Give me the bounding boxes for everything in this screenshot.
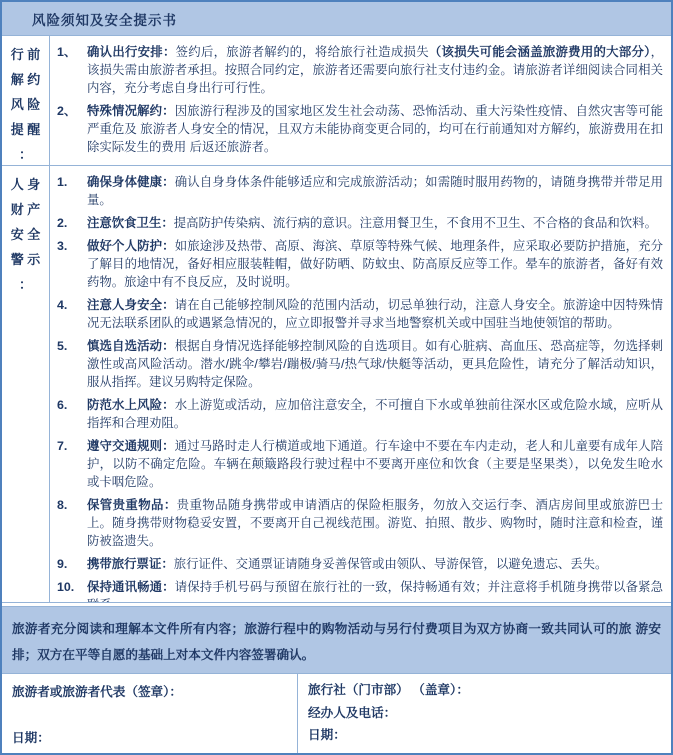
traveler-date-label: 日期： [12, 727, 287, 746]
notice-item: 10.保持通讯畅通：请保持手机号码与预留在旅行社的一致，保持畅通有效；并注意将手… [57, 579, 663, 602]
notice-item: 8.保管贵重物品：贵重物品随身携带或申请酒店的保险柜服务，勿放入交运行李、酒店房… [57, 497, 663, 551]
item-text: 携带旅行票证：旅行证件、交通票证请随身妥善保管或由领队、导游保管，以避免遗忘、丢… [87, 556, 663, 574]
item-number: 10. [57, 579, 87, 602]
item-heading: 注意人身安全： [87, 298, 175, 312]
item-heading: 做好个人防护： [87, 239, 175, 253]
item-text: 慎选自选活动：根据自身情况选择能够控制风险的自选项目。如有心脏病、高血压、恐高症… [87, 338, 663, 392]
item-text: 防范水上风险：水上游览或活动，应加倍注意安全，不可擅自下水或单独前往深水区或危险… [87, 397, 663, 433]
item-number: 1. [57, 174, 87, 210]
item-heading: 遵守交通规则： [87, 439, 175, 453]
item-number: 4. [57, 297, 87, 333]
notice-item: 9.携带旅行票证：旅行证件、交通票证请随身妥善保管或由领队、导游保管，以避免遗忘… [57, 556, 663, 574]
section-label-line: ： [2, 142, 49, 167]
item-segment: 签约后，旅游者解约的，将给旅行社造成损失 [176, 45, 429, 59]
item-number: 9. [57, 556, 87, 574]
item-number: 2、 [57, 103, 87, 157]
section-label: 行 前解 约风 险提 醒： [2, 36, 50, 165]
notice-item: 4.注意人身安全：请在自己能够控制风险的范围内活动，切忌单独行动，注意人身安全。… [57, 297, 663, 333]
item-number: 8. [57, 497, 87, 551]
item-text: 注意人身安全：请在自己能够控制风险的范围内活动，切忌单独行动，注意人身安全。旅游… [87, 297, 663, 333]
section-items: 1.确保身体健康：确认自身身体条件能够适应和完成旅游活动；如需随时服用药物的，请… [50, 166, 671, 602]
section-label-line: 行 前 [2, 42, 49, 67]
agency-signature-label: 旅行社（门市部） （盖章）： [308, 681, 661, 701]
item-number: 7. [57, 438, 87, 492]
item-heading: 保管贵重物品： [87, 498, 177, 512]
notice-item: 2、特殊情况解约：因旅游行程涉及的国家地区发生社会动荡、恐怖活动、重大污染性疫情… [57, 103, 663, 157]
section-personal-property-safety: 人 身财 产安 全警 示： 1.确保身体健康：确认自身身体条件能够适应和完成旅游… [2, 166, 671, 603]
notice-item: 2.注意饮食卫生：提高防护传染病、流行病的意识。注意用餐卫生，不食用不卫生、不合… [57, 215, 663, 233]
notice-item: 1、确认出行安排：签约后，旅游者解约的，将给旅行社造成损失（该损失可能会涵盖旅游… [57, 44, 663, 98]
item-heading: 注意饮食卫生： [87, 216, 174, 230]
section-label-line: 提 醒 [2, 117, 49, 142]
item-segment: 旅行证件、交通票证请随身妥善保管或由领队、导游保管，以避免遗忘、丢失。 [174, 557, 608, 571]
item-heading: 保持通讯畅通： [87, 580, 175, 594]
section-label-line: 安 全 [2, 222, 49, 247]
item-text: 特殊情况解约：因旅游行程涉及的国家地区发生社会动荡、恐怖活动、重大污染性疫情、自… [87, 103, 663, 157]
traveler-signature-cell: 旅游者或旅游者代表（签章）： 日期： [2, 674, 298, 755]
notice-item: 6.防范水上风险：水上游览或活动，应加倍注意安全，不可擅自下水或单独前往深水区或… [57, 397, 663, 433]
item-text: 注意饮食卫生：提高防护传染病、流行病的意识。注意用餐卫生，不食用不卫生、不合格的… [87, 215, 663, 233]
notice-item: 7.遵守交通规则：通过马路时走人行横道或地下通道。行车途中不要在车内走动，老人和… [57, 438, 663, 492]
item-text: 保管贵重物品：贵重物品随身携带或申请酒店的保险柜服务，勿放入交运行李、酒店房间里… [87, 497, 663, 551]
item-number: 5. [57, 338, 87, 392]
notice-item: 3.做好个人防护：如旅途涉及热带、高原、海滨、草原等特殊气候、地理条件，应采取必… [57, 238, 663, 292]
agency-signature-cell: 旅行社（门市部） （盖章）： 经办人及电话： 日期： [298, 674, 671, 755]
item-heading: 携带旅行票证： [87, 557, 174, 571]
signature-block: 旅游者或旅游者代表（签章）： 日期： 旅行社（门市部） （盖章）： 经办人及电话… [2, 674, 671, 755]
item-heading: 慎选自选活动： [87, 339, 175, 353]
section-items: 1、确认出行安排：签约后，旅游者解约的，将给旅行社造成损失（该损失可能会涵盖旅游… [50, 36, 671, 165]
item-text: 确认出行安排：签约后，旅游者解约的，将给旅行社造成损失（该损失可能会涵盖旅游费用… [87, 44, 663, 98]
section-label-line: 警 示 [2, 247, 49, 272]
traveler-signature-label: 旅游者或旅游者代表（签章）： [12, 681, 287, 700]
section-label-line: 风 险 [2, 92, 49, 117]
item-text: 保持通讯畅通：请保持手机号码与预留在旅行社的一致，保持畅通有效；并注意将手机随身… [87, 579, 663, 602]
item-text: 做好个人防护：如旅途涉及热带、高原、海滨、草原等特殊气候、地理条件，应采取必要防… [87, 238, 663, 292]
section-label-line: ： [2, 272, 49, 297]
document-header: 风险须知及安全提示书 [2, 2, 671, 36]
item-number: 6. [57, 397, 87, 433]
confirmation-statement: 旅游者充分阅读和理解本文件所有内容；旅游行程中的购物活动与另行付费项目为双方协商… [2, 606, 671, 674]
notice-item: 1.确保身体健康：确认自身身体条件能够适应和完成旅游活动；如需随时服用药物的，请… [57, 174, 663, 210]
section-label-line: 财 产 [2, 197, 49, 222]
item-heading: 确认出行安排： [87, 45, 176, 59]
item-number: 1、 [57, 44, 87, 98]
document-title: 风险须知及安全提示书 [32, 9, 177, 29]
risk-notice-document: 风险须知及安全提示书 行 前解 约风 险提 醒： 1、确认出行安排：签约后，旅游… [0, 0, 673, 755]
item-text: 确保身体健康：确认自身身体条件能够适应和完成旅游活动；如需随时服用药物的，请随身… [87, 174, 663, 210]
item-number: 3. [57, 238, 87, 292]
agent-phone-label: 经办人及电话： [308, 704, 661, 724]
section-pretrip-cancellation: 行 前解 约风 险提 醒： 1、确认出行安排：签约后，旅游者解约的，将给旅行社造… [2, 36, 671, 166]
section-label: 人 身财 产安 全警 示： [2, 166, 50, 602]
section-label-line: 人 身 [2, 172, 49, 197]
item-text: 遵守交通规则：通过马路时走人行横道或地下通道。行车途中不要在车内走动，老人和儿童… [87, 438, 663, 492]
item-number: 2. [57, 215, 87, 233]
section-label-line: 解 约 [2, 67, 49, 92]
item-segment: （该损失可能会涵盖旅游费用的大部分） [429, 45, 651, 59]
notice-item: 5.慎选自选活动：根据自身情况选择能够控制风险的自选项目。如有心脏病、高血压、恐… [57, 338, 663, 392]
item-heading: 确保身体健康： [87, 175, 175, 189]
agency-date-label: 日期： [308, 726, 661, 746]
item-heading: 防范水上风险： [87, 398, 175, 412]
item-segment: 提高防护传染病、流行病的意识。注意用餐卫生，不食用不卫生、不合格的食品和饮料。 [174, 216, 657, 230]
item-heading: 特殊情况解约： [87, 104, 175, 118]
